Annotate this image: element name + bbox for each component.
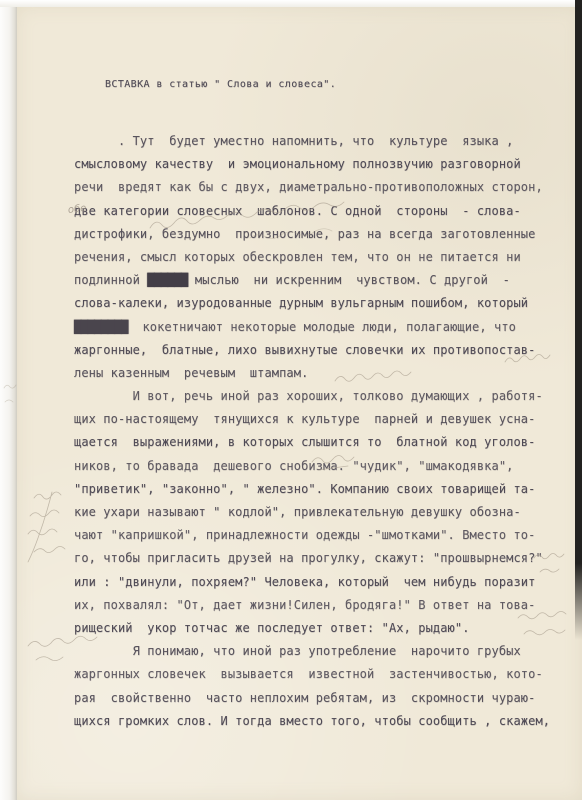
typed-segment: их, похвалял: "От, дает жизни!Силен, бро… [74, 598, 535, 612]
typed-segment: рая свойственно часто неплохим ребятам, … [74, 691, 535, 705]
typed-segment: жаргонных словечек вызывается известной … [74, 667, 543, 681]
typed-segment: жаргонные, блатные, лихо вывихнутые слов… [74, 343, 535, 357]
typed-line: дистрофики, бездумно произносимые, раз н… [74, 223, 550, 246]
typed-text: . Тут будет уместно напомнить, что культ… [74, 130, 550, 733]
typed-segment: Я понимаю, что иной раз употребление нар… [74, 644, 521, 658]
typed-line: "приветик", "законно", " железно". Компа… [74, 478, 550, 501]
typed-line: речи вредят как бы с двух, диаметрально-… [74, 176, 550, 199]
typed-line: чают "капришкой", принадлежности одежды … [74, 524, 550, 547]
typed-segment: слова-калеки, изуродованные дурным вульг… [74, 296, 528, 310]
typed-segment: мыслью ни искренним чувством. С другой - [188, 273, 510, 287]
typed-line: щается выражениями, в которых слышится т… [74, 431, 550, 454]
typed-segment: рищеский укор тотчас же последует ответ:… [74, 621, 470, 635]
typed-line: кие ухари называют " кодлой", привлекате… [74, 501, 550, 524]
typed-segment: подлинной [74, 273, 147, 287]
typed-segment: речи вредят как бы с двух, диаметрально-… [74, 180, 543, 194]
document-title: ВСТАВКА в статью " Слова и словеса". [105, 79, 336, 90]
typed-line: речения, смысл которых обескровлен тем, … [74, 246, 550, 269]
typed-segment: или : "двинули, похряем?" Человека, кото… [74, 575, 535, 589]
typed-segment: речения, смысл которых обескровлен тем, … [74, 250, 521, 264]
scanner-edge-top [0, 0, 582, 7]
typed-segment: щается выражениями, в которых слышится т… [74, 435, 535, 449]
typed-line: рая свойственно часто неплохим ребятам, … [74, 687, 550, 710]
typed-line: подлинной ██████ мыслью ни искренним чув… [74, 269, 550, 292]
typed-segment: смысловому качеству и эмоциональному пол… [74, 157, 521, 171]
scanner-edge-left [0, 0, 17, 800]
redacted-overstrike: ██████ [147, 273, 187, 287]
typed-segment: кие ухари называют " кодлой", привлекате… [74, 505, 521, 519]
typed-segment: щихся громких слов. И тогда вместо того,… [74, 714, 550, 728]
typed-line: Я понимаю, что иной раз употребление нар… [74, 640, 550, 663]
typed-segment: ников, то бравада дешевого снобизма. "чу… [74, 459, 513, 473]
typed-line: жаргонные, блатные, лихо вывихнутые слов… [74, 339, 550, 362]
typed-line: слова-калеки, изуродованные дурным вульг… [74, 292, 550, 315]
typed-line: жаргонных словечек вызывается известной … [74, 663, 550, 686]
typed-line: И вот, речь иной раз хороших, толково ду… [74, 385, 550, 408]
typed-line: ████████ кокетничают некоторые молодые л… [74, 316, 550, 339]
typed-segment: го, чтобы пригласить друзей на прогулку,… [74, 551, 543, 565]
typed-line: рищеский укор тотчас же последует ответ:… [74, 617, 550, 640]
typed-segment: . Тут будет уместно напомнить, что культ… [74, 134, 513, 148]
typed-line: щих по-настоящему тянущихся к культуре п… [74, 408, 550, 431]
typed-line: смысловому качеству и эмоциональному пол… [74, 153, 550, 176]
typed-line: их, похвалял: "От, дает жизни!Силен, бро… [74, 594, 550, 617]
typed-segment: кокетничают некоторые молодые люди, пола… [128, 320, 516, 334]
typed-segment: лены казенным речевым штампам. [74, 366, 308, 380]
typed-segment: чают "капришкой", принадлежности одежды … [74, 528, 535, 542]
redacted-overstrike: ████████ [74, 320, 128, 334]
scanner-edge-right-dark [575, 0, 582, 640]
typed-segment: две категории словесных шаблонов. С одно… [74, 204, 521, 218]
typed-line: две категории словесных шаблонов. С одно… [74, 200, 550, 223]
typed-segment: И вот, речь иной раз хороших, толково ду… [74, 389, 543, 403]
scanned-document-page: { "document": { "kind": "typewritten man… [0, 0, 582, 800]
typed-line: ников, то бравада дешевого снобизма. "чу… [74, 455, 550, 478]
typed-line: щихся громких слов. И тогда вместо того,… [74, 710, 550, 733]
pencil-annotation-obe: обе [67, 203, 86, 216]
typed-segment: щих по-настоящему тянущихся к культуре п… [74, 412, 535, 426]
typed-line: лены казенным речевым штампам. [74, 362, 550, 385]
typed-segment: дистрофики, бездумно произносимые, раз н… [74, 227, 535, 241]
typed-line: . Тут будет уместно напомнить, что культ… [74, 130, 550, 153]
typed-line: го, чтобы пригласить друзей на прогулку,… [74, 547, 550, 570]
typed-line: или : "двинули, похряем?" Человека, кото… [74, 571, 550, 594]
typed-segment: "приветик", "законно", " железно". Компа… [74, 482, 535, 496]
